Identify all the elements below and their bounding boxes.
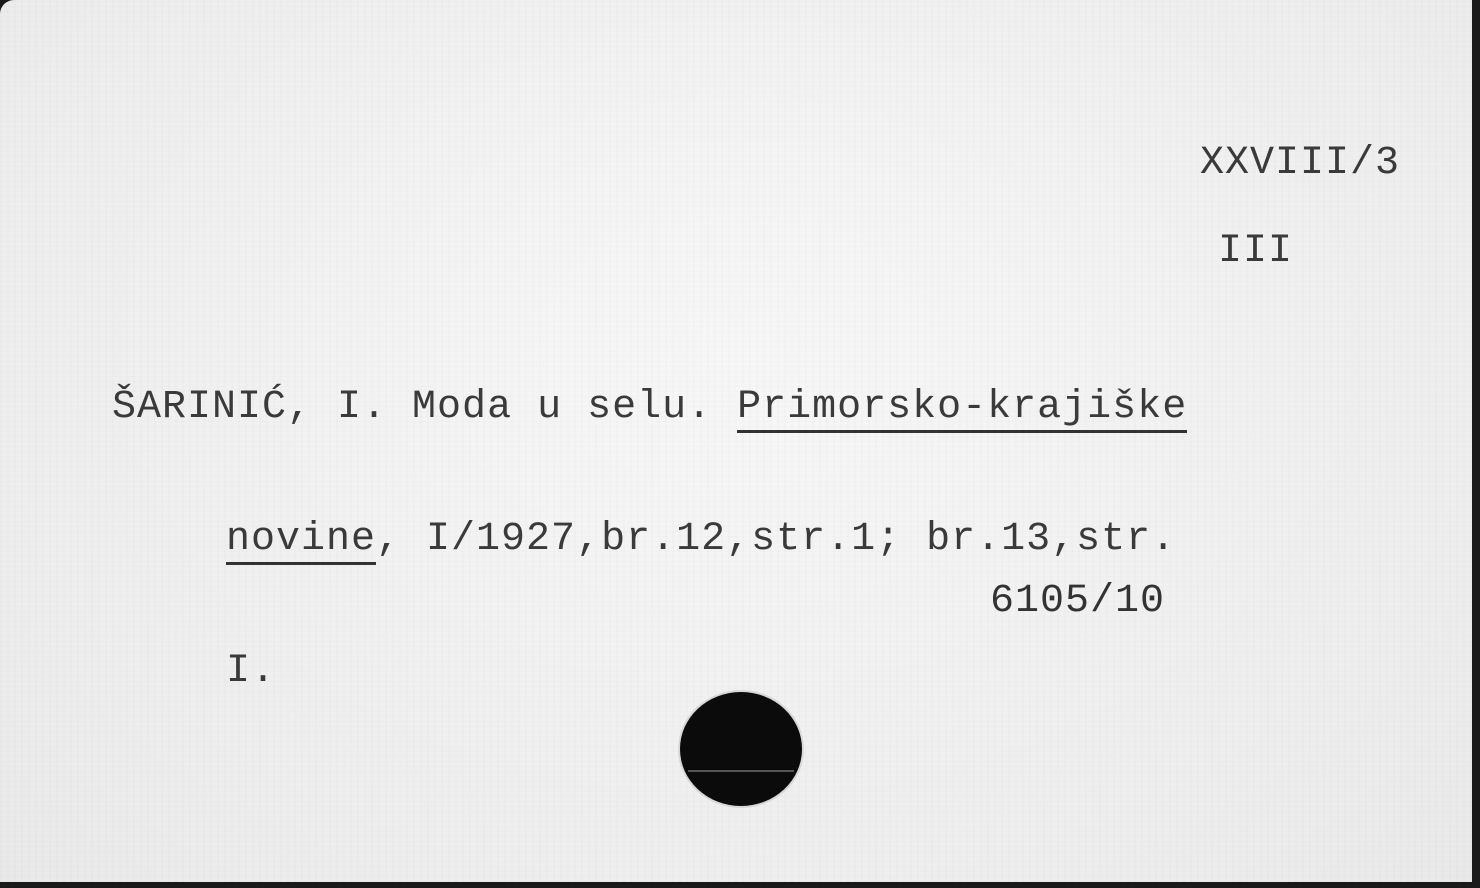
page-details: str.1; br.13,str. — [751, 517, 1176, 562]
call-number-line1: XXVIII/3 — [1200, 141, 1400, 186]
issue-details: , I/1927,br.12, — [376, 517, 751, 562]
punch-hole — [680, 692, 802, 806]
entry-line-3: I. — [112, 650, 1187, 694]
accession-number: 6105/10 — [990, 580, 1165, 624]
entry-line-2: novine, I/1927,br.12,str.1; br.13,str. — [112, 518, 1187, 562]
catalog-card: XXVIII/3 III ŠARINIĆ, I. Moda u selu. Pr… — [0, 0, 1472, 882]
entry-line-1: ŠARINIĆ, I. Moda u selu. Primorsko-kraji… — [112, 386, 1187, 430]
call-number-line2: III — [1100, 230, 1400, 274]
publication-title-part2: novine — [226, 517, 376, 565]
bibliographic-entry: ŠARINIĆ, I. Moda u selu. Primorsko-kraji… — [112, 298, 1187, 782]
entry-last-line: I. — [226, 649, 276, 694]
publication-title-part1: Primorsko-krajiške — [737, 385, 1187, 433]
author: ŠARINIĆ, I. — [112, 385, 387, 430]
article-title: Moda u selu. — [387, 385, 712, 430]
